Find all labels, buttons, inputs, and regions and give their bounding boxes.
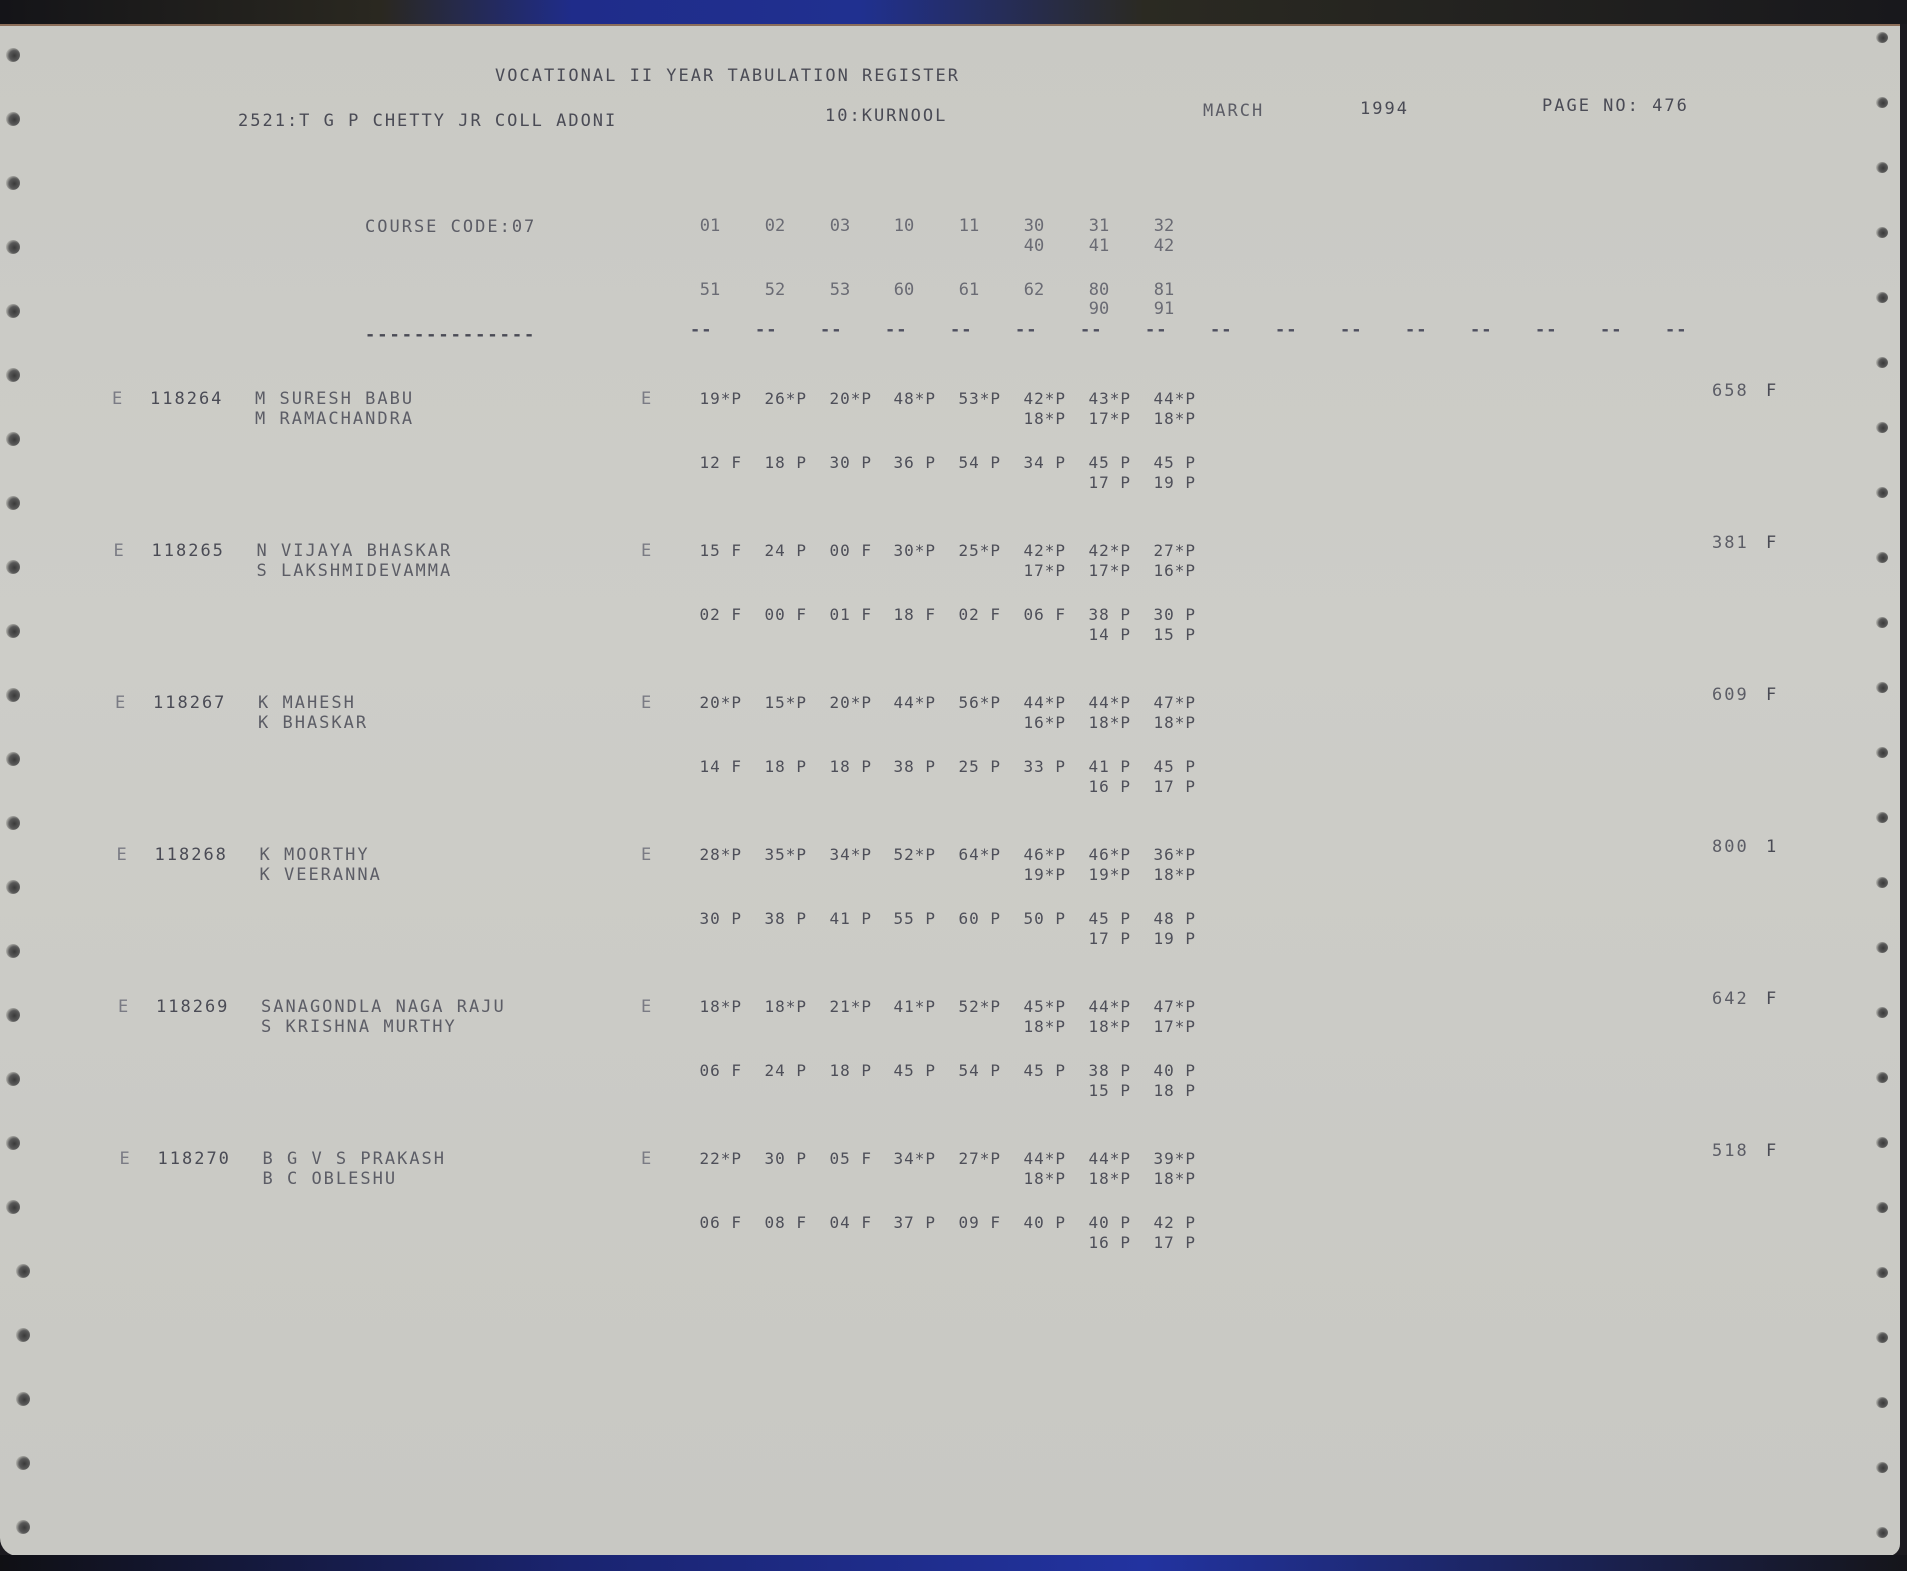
perforation-hole-icon — [1876, 1267, 1888, 1278]
student-name: B G V S PRAKASH — [263, 1149, 447, 1169]
subject-code: 62 — [1014, 280, 1054, 300]
perforation-hole-icon — [1876, 1332, 1888, 1343]
subject-code: 42 — [1144, 236, 1184, 256]
perforation-hole-icon — [1876, 1202, 1888, 1213]
mark-cell: 17*P — [1067, 561, 1131, 580]
perforation-hole-icon — [1876, 32, 1888, 43]
result-status: 1 — [1766, 837, 1778, 857]
mark-cell: 18*P — [1132, 409, 1196, 428]
mark-cell: 30*P — [872, 541, 936, 560]
student-name: N VIJAYA BHASKAR — [257, 541, 453, 561]
mark-cell: 08 F — [743, 1213, 807, 1232]
perforation-hole-icon — [16, 1328, 30, 1342]
mark-cell: 16*P — [1002, 713, 1066, 732]
total-marks: 658 — [1712, 381, 1749, 401]
mark-cell: 33 P — [1002, 757, 1066, 776]
mark-cell: 19 P — [1132, 929, 1196, 948]
mark-cell: 44*P — [1002, 1149, 1066, 1168]
column-dash: -- — [1145, 320, 1167, 340]
perforation-hole-icon — [1876, 357, 1888, 368]
mark-cell: 15 P — [1132, 625, 1196, 644]
subject-code: 11 — [949, 216, 989, 236]
mark-cell: 50 P — [1002, 909, 1066, 928]
mark-cell: 22*P — [678, 1149, 742, 1168]
parent-name: B C OBLESHU — [263, 1169, 398, 1189]
mark-cell: 52*P — [872, 845, 936, 864]
medium-code: E — [641, 1149, 653, 1169]
mark-cell: 06 F — [678, 1061, 742, 1080]
photo-backdrop-top — [0, 0, 1907, 24]
column-dash: -- — [1080, 320, 1102, 340]
mark-cell: 17 P — [1132, 1233, 1196, 1252]
mark-cell: 02 F — [937, 605, 1001, 624]
mark-cell: 47*P — [1132, 997, 1196, 1016]
course-code: COURSE CODE:07 — [365, 217, 536, 237]
perforation-hole-icon — [6, 48, 20, 62]
medium-code: E — [641, 997, 653, 1017]
mark-cell: 17*P — [1002, 561, 1066, 580]
mark-cell: 20*P — [678, 693, 742, 712]
student-name: SANAGONDLA NAGA RAJU — [261, 997, 506, 1017]
mark-cell: 18*P — [743, 997, 807, 1016]
mark-cell: 41 P — [808, 909, 872, 928]
mark-cell: 45 P — [1132, 453, 1196, 472]
mark-cell: 18*P — [1132, 865, 1196, 884]
mark-cell: 34*P — [872, 1149, 936, 1168]
subject-code: 41 — [1079, 236, 1119, 256]
result-status: F — [1766, 1141, 1778, 1161]
photo-backdrop-bottom — [0, 1555, 1907, 1571]
mark-cell: 15 F — [678, 541, 742, 560]
student-name: K MOORTHY — [260, 845, 370, 865]
mark-cell: 34 P — [1002, 453, 1066, 472]
total-marks: 518 — [1712, 1141, 1749, 1161]
mark-cell: 45 P — [1067, 453, 1131, 472]
perforation-hole-icon — [1876, 422, 1888, 433]
perforation-hole-icon — [1876, 1462, 1888, 1473]
mark-cell: 45 P — [872, 1061, 936, 1080]
column-dash: -- — [1470, 320, 1492, 340]
mark-cell: 20*P — [808, 693, 872, 712]
record-prefix: E — [120, 1149, 132, 1169]
mark-cell: 30 P — [1132, 605, 1196, 624]
perforation-hole-icon — [6, 880, 20, 894]
mark-cell: 14 P — [1067, 625, 1131, 644]
perforation-hole-icon — [1876, 162, 1888, 173]
perforation-hole-icon — [1876, 227, 1888, 238]
perforation-hole-icon — [6, 240, 20, 254]
mark-cell: 12 F — [678, 453, 742, 472]
hall-ticket-number: 118269 — [156, 997, 229, 1017]
column-dash: -- — [1015, 320, 1037, 340]
hall-ticket-number: 118264 — [150, 389, 223, 409]
total-marks: 381 — [1712, 533, 1749, 553]
record-prefix: E — [117, 845, 129, 865]
result-status: F — [1766, 989, 1778, 1009]
mark-cell: 42 P — [1132, 1213, 1196, 1232]
result-status: F — [1766, 533, 1778, 553]
perforation-hole-icon — [6, 368, 20, 382]
result-status: F — [1766, 685, 1778, 705]
column-dash: -- — [885, 320, 907, 340]
perforation-hole-icon — [6, 432, 20, 446]
parent-name: K BHASKAR — [258, 713, 368, 733]
column-dash: -- — [1405, 320, 1427, 340]
perforation-hole-icon — [1876, 487, 1888, 498]
mark-cell: 19 P — [1132, 473, 1196, 492]
subject-code: 91 — [1144, 299, 1184, 319]
mark-cell: 42*P — [1002, 389, 1066, 408]
subject-code: 30 — [1014, 216, 1054, 236]
mark-cell: 17*P — [1132, 1017, 1196, 1036]
mark-cell: 55 P — [872, 909, 936, 928]
perforation-hole-icon — [1876, 747, 1888, 758]
subject-code: 53 — [820, 280, 860, 300]
mark-cell: 18*P — [1132, 1169, 1196, 1188]
mark-cell: 38 P — [1067, 1061, 1131, 1080]
perforation-hole-icon — [1876, 1527, 1888, 1538]
mark-cell: 18 F — [872, 605, 936, 624]
mark-cell: 44*P — [1132, 389, 1196, 408]
mark-cell: 16 P — [1067, 1233, 1131, 1252]
mark-cell: 18 P — [743, 453, 807, 472]
subject-code: 61 — [949, 280, 989, 300]
mark-cell: 25 P — [937, 757, 1001, 776]
perforation-hole-icon — [6, 176, 20, 190]
medium-code: E — [641, 845, 653, 865]
column-dash: -- — [690, 320, 712, 340]
hall-ticket-number: 118267 — [153, 693, 226, 713]
mark-cell: 48 P — [1132, 909, 1196, 928]
mark-cell: 18 P — [808, 757, 872, 776]
column-dash: -- — [755, 320, 777, 340]
perforation-hole-icon — [6, 112, 20, 126]
perforation-hole-icon — [1876, 1007, 1888, 1018]
perforation-hole-icon — [1876, 682, 1888, 693]
mark-cell: 00 F — [743, 605, 807, 624]
mark-cell: 19*P — [1067, 865, 1131, 884]
mark-cell: 17*P — [1067, 409, 1131, 428]
register-title: VOCATIONAL II YEAR TABULATION REGISTER — [495, 66, 960, 86]
mark-cell: 09 F — [937, 1213, 1001, 1232]
mark-cell: 44*P — [1067, 1149, 1131, 1168]
mark-cell: 05 F — [808, 1149, 872, 1168]
mark-cell: 14 F — [678, 757, 742, 776]
mark-cell: 16 P — [1067, 777, 1131, 796]
mark-cell: 45*P — [1002, 997, 1066, 1016]
subject-code: 80 — [1079, 280, 1119, 300]
mark-cell: 30 P — [678, 909, 742, 928]
mark-cell: 38 P — [1067, 605, 1131, 624]
mark-cell: 44*P — [872, 693, 936, 712]
medium-code: E — [641, 541, 653, 561]
perforation-hole-icon — [6, 1008, 20, 1022]
mark-cell: 54 P — [937, 1061, 1001, 1080]
parent-name: S KRISHNA MURTHY — [261, 1017, 457, 1037]
mark-cell: 44*P — [1067, 693, 1131, 712]
mark-cell: 30 P — [808, 453, 872, 472]
mark-cell: 18 P — [808, 1061, 872, 1080]
column-dash: -- — [1535, 320, 1557, 340]
mark-cell: 25*P — [937, 541, 1001, 560]
column-dash: -- — [950, 320, 972, 340]
perforation-hole-icon — [6, 688, 20, 702]
record-prefix: E — [118, 997, 130, 1017]
parent-name: K VEERANNA — [260, 865, 382, 885]
hall-ticket-number: 118265 — [152, 541, 225, 561]
subject-code: 60 — [884, 280, 924, 300]
mark-cell: 44*P — [1067, 997, 1131, 1016]
record-prefix: E — [112, 389, 124, 409]
mark-cell: 46*P — [1002, 845, 1066, 864]
perforation-hole-icon — [6, 944, 20, 958]
subject-code: 51 — [690, 280, 730, 300]
mark-cell: 44*P — [1002, 693, 1066, 712]
mark-cell: 18*P — [1002, 1169, 1066, 1188]
mark-cell: 40 P — [1067, 1213, 1131, 1232]
column-dash: -- — [1340, 320, 1362, 340]
mark-cell: 45 P — [1067, 909, 1131, 928]
perforation-hole-icon — [16, 1264, 30, 1278]
mark-cell: 42*P — [1067, 541, 1131, 560]
mark-cell: 17 P — [1067, 473, 1131, 492]
mark-cell: 39*P — [1132, 1149, 1196, 1168]
column-dash: -- — [1210, 320, 1232, 340]
perforation-hole-icon — [16, 1456, 30, 1470]
mark-cell: 18*P — [1002, 409, 1066, 428]
student-name: M SURESH BABU — [255, 389, 414, 409]
mark-cell: 38 P — [743, 909, 807, 928]
perforation-hole-icon — [1876, 1137, 1888, 1148]
mark-cell: 27*P — [1132, 541, 1196, 560]
perforation-hole-icon — [6, 816, 20, 830]
mark-cell: 18*P — [1132, 713, 1196, 732]
exam-month: MARCH — [1203, 101, 1264, 121]
mark-cell: 16*P — [1132, 561, 1196, 580]
column-dash: -- — [1275, 320, 1297, 340]
subject-code: 10 — [884, 216, 924, 236]
mark-cell: 19*P — [1002, 865, 1066, 884]
column-dash: -- — [820, 320, 842, 340]
perforation-hole-icon — [6, 1072, 20, 1086]
mark-cell: 45 P — [1132, 757, 1196, 776]
mark-cell: 27*P — [937, 1149, 1001, 1168]
mark-cell: 36*P — [1132, 845, 1196, 864]
mark-cell: 18 P — [1132, 1081, 1196, 1100]
hall-ticket-number: 118268 — [155, 845, 228, 865]
subject-code: 90 — [1079, 299, 1119, 319]
mark-cell: 41*P — [872, 997, 936, 1016]
mark-cell: 52*P — [937, 997, 1001, 1016]
record-prefix: E — [115, 693, 127, 713]
perforation-hole-icon — [6, 624, 20, 638]
tabulation-sheet: VOCATIONAL II YEAR TABULATION REGISTER 2… — [0, 24, 1900, 1556]
perforation-hole-icon — [6, 496, 20, 510]
mark-cell: 45 P — [1002, 1061, 1066, 1080]
mark-cell: 17 P — [1067, 929, 1131, 948]
perforation-hole-icon — [6, 1200, 20, 1214]
mark-cell: 46*P — [1067, 845, 1131, 864]
total-marks: 642 — [1712, 989, 1749, 1009]
mark-cell: 28*P — [678, 845, 742, 864]
mark-cell: 15*P — [743, 693, 807, 712]
mark-cell: 53*P — [937, 389, 1001, 408]
column-dash: -- — [1665, 320, 1687, 340]
district-name: 10:KURNOOL — [825, 106, 947, 126]
total-marks: 609 — [1712, 685, 1749, 705]
mark-cell: 34*P — [808, 845, 872, 864]
perforation-hole-icon — [6, 304, 20, 318]
mark-cell: 40 P — [1132, 1061, 1196, 1080]
mark-cell: 18*P — [678, 997, 742, 1016]
mark-cell: 18*P — [1002, 1017, 1066, 1036]
total-marks: 800 — [1712, 837, 1749, 857]
subject-code: 52 — [755, 280, 795, 300]
mark-cell: 20*P — [808, 389, 872, 408]
subject-code: 40 — [1014, 236, 1054, 256]
parent-name: S LAKSHMIDEVAMMA — [257, 561, 453, 581]
mark-cell: 30 P — [743, 1149, 807, 1168]
perforation-hole-icon — [6, 752, 20, 766]
mark-cell: 24 P — [743, 541, 807, 560]
mark-cell: 15 P — [1067, 1081, 1131, 1100]
subject-code: 81 — [1144, 280, 1184, 300]
mark-cell: 06 F — [1002, 605, 1066, 624]
perforation-hole-icon — [1876, 812, 1888, 823]
mark-cell: 01 F — [808, 605, 872, 624]
record-prefix: E — [114, 541, 126, 561]
subject-code: 02 — [755, 216, 795, 236]
subject-code: 01 — [690, 216, 730, 236]
mark-cell: 21*P — [808, 997, 872, 1016]
mark-cell: 41 P — [1067, 757, 1131, 776]
perforation-hole-icon — [1876, 292, 1888, 303]
mark-cell: 64*P — [937, 845, 1001, 864]
mark-cell: 18*P — [1067, 1169, 1131, 1188]
perforation-hole-icon — [1876, 877, 1888, 888]
perforation-hole-icon — [1876, 97, 1888, 108]
mark-cell: 42*P — [1002, 541, 1066, 560]
mark-cell: 47*P — [1132, 693, 1196, 712]
perforation-hole-icon — [16, 1392, 30, 1406]
mark-cell: 18*P — [1067, 1017, 1131, 1036]
student-name: K MAHESH — [258, 693, 356, 713]
mark-cell: 17 P — [1132, 777, 1196, 796]
mark-cell: 35*P — [743, 845, 807, 864]
column-dash: -- — [1600, 320, 1622, 340]
medium-code: E — [641, 389, 653, 409]
perforation-hole-icon — [1876, 942, 1888, 953]
mark-cell: 00 F — [808, 541, 872, 560]
mark-cell: 60 P — [937, 909, 1001, 928]
subject-code: 03 — [820, 216, 860, 236]
mark-cell: 26*P — [743, 389, 807, 408]
parent-name: M RAMACHANDRA — [255, 409, 414, 429]
college-name: 2521:T G P CHETTY JR COLL ADONI — [238, 111, 617, 131]
mark-cell: 19*P — [678, 389, 742, 408]
perforation-hole-icon — [1876, 1072, 1888, 1083]
mark-cell: 48*P — [872, 389, 936, 408]
mark-cell: 54 P — [937, 453, 1001, 472]
result-status: F — [1766, 381, 1778, 401]
perforation-hole-icon — [1876, 552, 1888, 563]
perforation-hole-icon — [1876, 617, 1888, 628]
mark-cell: 18 P — [743, 757, 807, 776]
page-number: PAGE NO: 476 — [1542, 96, 1689, 116]
mark-cell: 36 P — [872, 453, 936, 472]
exam-year: 1994 — [1360, 99, 1409, 119]
mark-cell: 43*P — [1067, 389, 1131, 408]
perforation-hole-icon — [6, 560, 20, 574]
mark-cell: 24 P — [743, 1061, 807, 1080]
course-underline: -------------- — [365, 325, 536, 345]
mark-cell: 37 P — [872, 1213, 936, 1232]
subject-code: 32 — [1144, 216, 1184, 236]
hall-ticket-number: 118270 — [158, 1149, 231, 1169]
mark-cell: 06 F — [678, 1213, 742, 1232]
perforation-hole-icon — [1876, 1397, 1888, 1408]
mark-cell: 38 P — [872, 757, 936, 776]
mark-cell: 40 P — [1002, 1213, 1066, 1232]
mark-cell: 18*P — [1067, 713, 1131, 732]
perforation-hole-icon — [6, 1136, 20, 1150]
subject-code: 31 — [1079, 216, 1119, 236]
mark-cell: 56*P — [937, 693, 1001, 712]
medium-code: E — [641, 693, 653, 713]
perforation-hole-icon — [16, 1520, 30, 1534]
mark-cell: 02 F — [678, 605, 742, 624]
mark-cell: 04 F — [808, 1213, 872, 1232]
